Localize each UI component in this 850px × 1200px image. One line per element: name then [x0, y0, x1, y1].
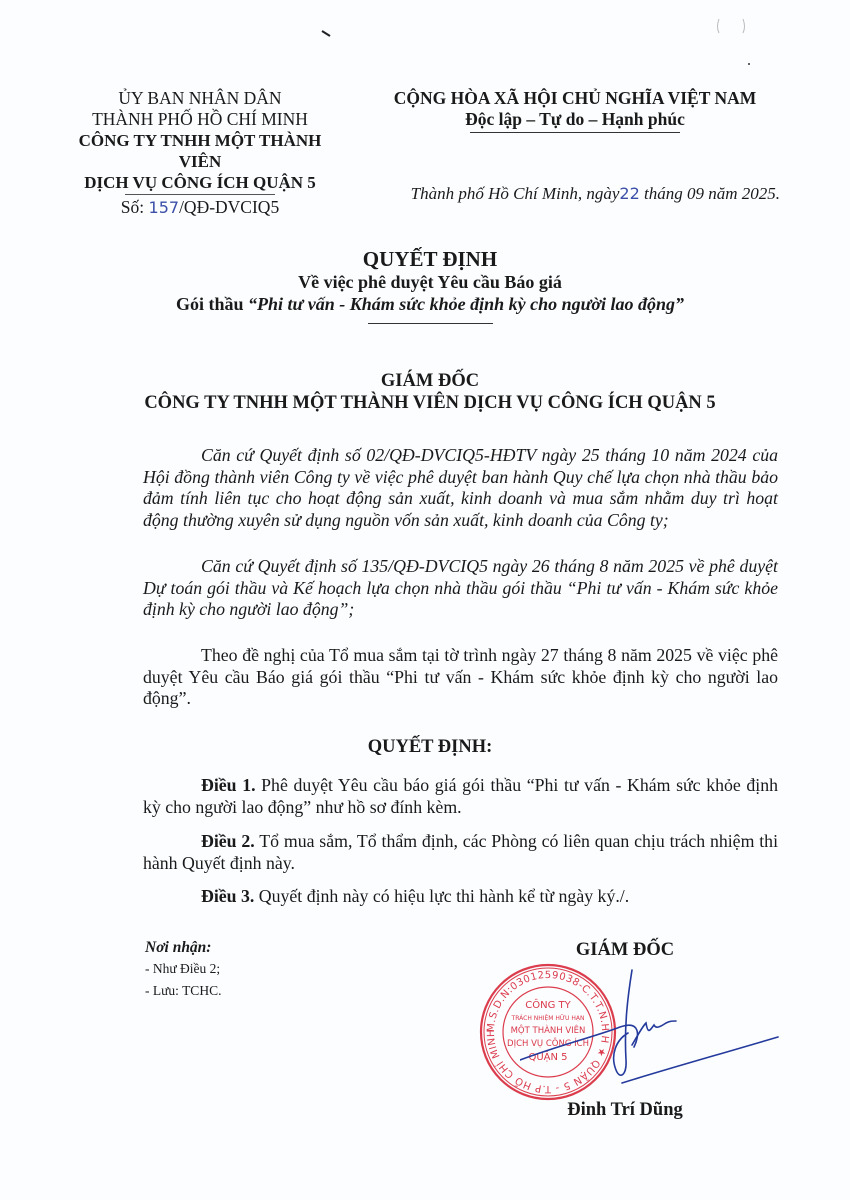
package-title: “Phi tư vấn - Khám sức khỏe định kỳ cho … [248, 294, 684, 314]
national-header: CỘNG HÒA XÃ HỘI CHỦ NGHĨA VIỆT NAM Độc l… [360, 88, 790, 133]
signer-title: GIÁM ĐỐC [545, 940, 705, 961]
package-prefix: Gói thầu [176, 294, 248, 314]
issuing-authority-header: ỦY BAN NHÂN DÂN THÀNH PHỐ HỒ CHÍ MINH CÔ… [60, 88, 340, 218]
nation-title: CỘNG HÒA XÃ HỘI CHỦ NGHĨA VIỆT NAM [360, 88, 790, 109]
signer-name: Đinh Trí Dũng [530, 1100, 720, 1121]
document-number: Số: 157/QĐ-DVCIQ5 [60, 197, 340, 218]
recipients-block: Nơi nhận: - Như Điều 2; - Lưu: TCHC. [145, 938, 405, 1002]
authority-block: GIÁM ĐỐC CÔNG TY TNHH MỘT THÀNH VIÊN DỊC… [100, 370, 760, 414]
recipient-item: - Lưu: TCHC. [145, 980, 405, 1002]
authority-line-1: ỦY BAN NHÂN DÂN [60, 88, 340, 109]
scan-artifacts [0, 0, 850, 80]
article-1-label: Điều 1. [201, 775, 256, 795]
header-left-divider [125, 194, 275, 195]
recipients-heading: Nơi nhận: [145, 938, 405, 958]
company-line-2: DỊCH VỤ CÔNG ÍCH QUẬN 5 [60, 172, 340, 193]
place-date-suffix: tháng 09 năm 2025. [640, 184, 780, 203]
day-handwritten: 22 [619, 184, 639, 203]
document-subject: Về việc phê duyệt Yêu cầu Báo giá [120, 271, 740, 293]
package-name: Gói thầu “Phi tư vấn - Khám sức khỏe địn… [120, 293, 740, 315]
article-3-text: Quyết định này có hiệu lực thi hành kể t… [254, 886, 629, 906]
decision-heading: QUYẾT ĐỊNH: [100, 737, 760, 758]
national-motto: Độc lập – Tự do – Hạnh phúc [360, 109, 790, 130]
authority-line-2: THÀNH PHỐ HỒ CHÍ MINH [60, 109, 340, 130]
article-2: Điều 2. Tổ mua sắm, Tổ thẩm định, các Ph… [143, 831, 778, 874]
legal-basis-2: Căn cứ Quyết định số 135/QĐ-DVCIQ5 ngày … [143, 556, 778, 621]
place-date-prefix: Thành phố Hồ Chí Minh, ngày [411, 184, 620, 203]
recipient-item: - Như Điều 2; [145, 958, 405, 980]
article-3-label: Điều 3. [201, 886, 254, 906]
document-number-suffix: /QĐ-DVCIQ5 [179, 197, 279, 217]
motto-underline [470, 132, 680, 133]
director-title: GIÁM ĐỐC [100, 370, 760, 392]
title-divider [368, 323, 493, 324]
article-3: Điều 3. Quyết định này có hiệu lực thi h… [143, 886, 778, 908]
document-title-block: QUYẾT ĐỊNH Về việc phê duyệt Yêu cầu Báo… [120, 247, 740, 324]
legal-basis-2-text: Căn cứ Quyết định số 135/QĐ-DVCIQ5 ngày … [143, 556, 778, 619]
place-and-date: Thành phố Hồ Chí Minh, ngày22 tháng 09 n… [370, 184, 780, 204]
legal-basis-1-text: Căn cứ Quyết định số 02/QĐ-DVCIQ5-HĐTV n… [143, 445, 778, 530]
proposal-basis: Theo đề nghị của Tổ mua sắm tại tờ trình… [143, 645, 778, 710]
company-full-name: CÔNG TY TNHH MỘT THÀNH VIÊN DỊCH VỤ CÔNG… [100, 392, 760, 414]
proposal-basis-text: Theo đề nghị của Tổ mua sắm tại tờ trình… [143, 645, 778, 708]
article-1: Điều 1. Phê duyệt Yêu cầu báo giá gói th… [143, 775, 778, 818]
article-2-label: Điều 2. [201, 831, 255, 851]
company-line-1: CÔNG TY TNHH MỘT THÀNH VIÊN [60, 130, 340, 172]
document-number-prefix: Số: [121, 197, 149, 217]
handwritten-signature [520, 965, 780, 1105]
legal-basis-1: Căn cứ Quyết định số 02/QĐ-DVCIQ5-HĐTV n… [143, 445, 778, 531]
document-number-handwritten: 157 [149, 198, 180, 217]
document-title: QUYẾT ĐỊNH [120, 247, 740, 271]
